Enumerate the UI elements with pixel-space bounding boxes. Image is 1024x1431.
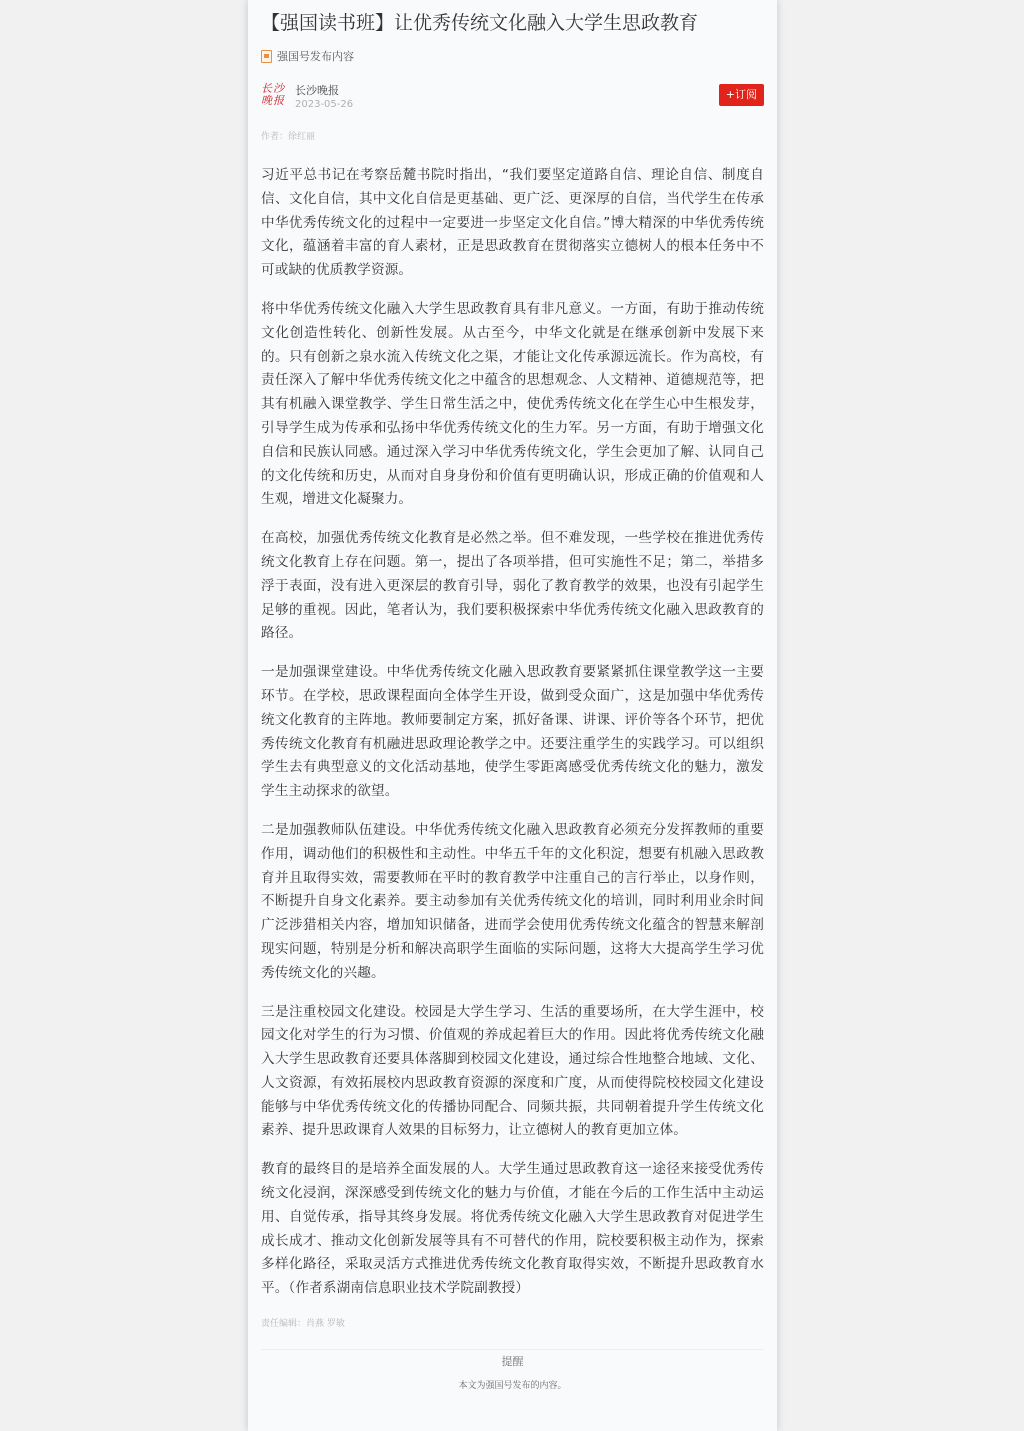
paragraph: 教育的最终目的是培养全面发展的人。大学生通过思政教育这一途径来接受优秀传统文化浸… [261, 1158, 764, 1301]
paragraph: 在高校，加强优秀传统文化教育是必然之举。但不难发现，一些学校在推进优秀传统文化教… [261, 527, 764, 646]
badge-text: 强国号发布内容 [277, 48, 354, 64]
author-line: 作者：徐红丽 [261, 129, 764, 142]
paragraph: 一是加强课堂建设。中华优秀传统文化融入思政教育要紧紧抓住课堂教学这一主要环节。在… [261, 661, 764, 804]
publish-date: 2023-05-26 [295, 98, 353, 111]
paragraph: 习近平总书记在考察岳麓书院时指出，“我们要坚定道路自信、理论自信、制度自信、文化… [261, 164, 764, 283]
notice-text: 本文为强国号发布的内容。 [261, 1378, 764, 1391]
editor-line: 责任编辑：肖燕 罗敏 [261, 1316, 764, 1329]
article-page: 【强国读书班】让优秀传统文化融入大学生思政教育 强国号发布内容 长沙 晚报 长沙… [248, 0, 777, 1431]
subscribe-button[interactable]: +订阅 [719, 84, 764, 106]
source-row: 长沙 晚报 长沙晚报 2023-05-26 +订阅 [261, 82, 764, 112]
article-title: 【强国读书班】让优秀传统文化融入大学生思政教育 [261, 10, 764, 36]
bookmark-badge-icon [261, 50, 272, 63]
notice-section: 提醒 本文为强国号发布的内容。 [261, 1349, 764, 1391]
notice-title: 提醒 [496, 1353, 530, 1369]
source-logo[interactable]: 长沙 晚报 [261, 83, 289, 111]
article-body: 习近平总书记在考察岳麓书院时指出，“我们要坚定道路自信、理论自信、制度自信、文化… [261, 164, 764, 1301]
source-name[interactable]: 长沙晚报 [295, 84, 353, 98]
paragraph: 二是加强教师队伍建设。中华优秀传统文化融入思政教育必须充分发挥教师的重要作用，调… [261, 819, 764, 986]
paragraph: 将中华优秀传统文化融入大学生思政教育具有非凡意义。一方面，有助于推动传统文化创造… [261, 298, 764, 512]
paragraph: 三是注重校园文化建设。校园是大学生学习、生活的重要场所，在大学生涯中，校园文化对… [261, 1001, 764, 1144]
logo-line-2: 晚报 [261, 95, 289, 107]
source-meta: 长沙晚报 2023-05-26 [295, 84, 353, 111]
publisher-badge: 强国号发布内容 [261, 48, 764, 64]
